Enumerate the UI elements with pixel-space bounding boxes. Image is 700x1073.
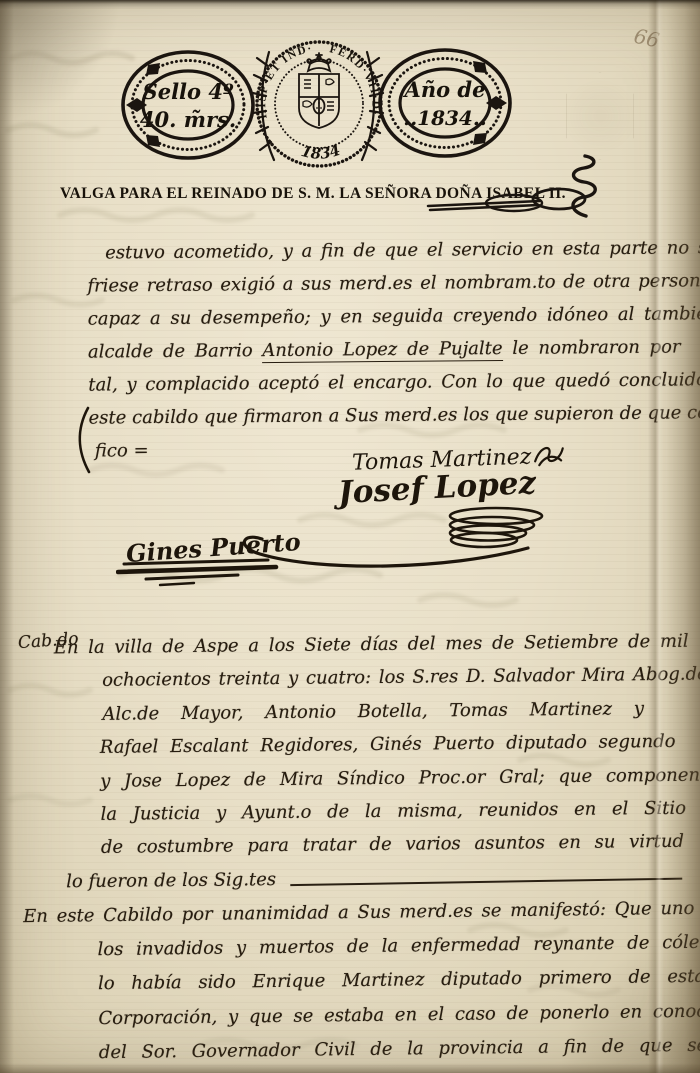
crown-icon [307, 53, 331, 71]
diamond-ornaments [126, 63, 160, 147]
manuscript-line: friese retraso exigió a sus merd.es el n… [87, 264, 687, 302]
header-rubric-flourish [418, 152, 598, 244]
closing-rule [290, 877, 682, 886]
manuscript-line: este cabildo que firmaron a Sus merd.es … [88, 396, 688, 434]
seal-year: 1834 [299, 141, 342, 163]
line4-pre: alcalde de Barrio [88, 340, 263, 363]
blind-embossed-seal [566, 72, 634, 160]
margin-pen-stroke [72, 404, 98, 480]
gines-puerto-underline-flourish [116, 558, 288, 592]
manuscript-line: del Sor. Governador Civil de la provinci… [99, 1029, 693, 1070]
manuscript-page: 66 Sello 4º 40. m̃rs. [0, 0, 700, 1073]
svg-text:1834: 1834 [299, 141, 342, 163]
ano-line2: ..1834.. [403, 106, 487, 130]
royal-seal-stamp: FERD·VII·D·G HISP·ET IND·R 1834 [252, 36, 386, 172]
signature-rubric-icon [531, 440, 566, 467]
manuscript-line: estuvo acometido, y a fin de que el serv… [105, 231, 687, 269]
underlined-name: Antonio Lopez de Pujalte [262, 338, 502, 363]
ano-de-1834-stamp: Año de ..1834.. [376, 46, 514, 160]
ano-line1: Año de [403, 77, 486, 102]
folio-number: 66 [632, 24, 662, 53]
line4-post: le nombraron por [503, 336, 681, 359]
manuscript-line: capaz a su desempeño; y en seguida creye… [88, 297, 688, 335]
manuscript-line: de costumbre para tratar de varios asunt… [101, 825, 696, 865]
sello-line2: 40. m̃rs. [140, 107, 236, 132]
sello-40mrs-stamp: Sello 4º 40. m̃rs. [119, 48, 257, 162]
manuscript-paragraph-2: En la villa de Aspe a los Siete días del… [54, 625, 697, 899]
manuscript-line: tal, y complacido aceptó el encargo. Con… [88, 363, 688, 401]
shield-icon [299, 74, 339, 128]
manuscript-line: lo fueron de los Sig.tes [66, 863, 276, 899]
manuscript-line: Rafael Escalant Regidores, Ginés Puerto … [100, 725, 695, 765]
manuscript-paragraph-3: En este Cabildo por unanimidad a Sus mer… [23, 892, 693, 1071]
diamond-ornaments [473, 61, 507, 145]
manuscript-paragraph-1: estuvo acometido, y a fin de que el serv… [87, 231, 689, 467]
manuscript-line: alcalde de Barrio Antonio Lopez de Pujal… [88, 330, 688, 368]
sello-line1: Sello 4º [143, 79, 234, 104]
